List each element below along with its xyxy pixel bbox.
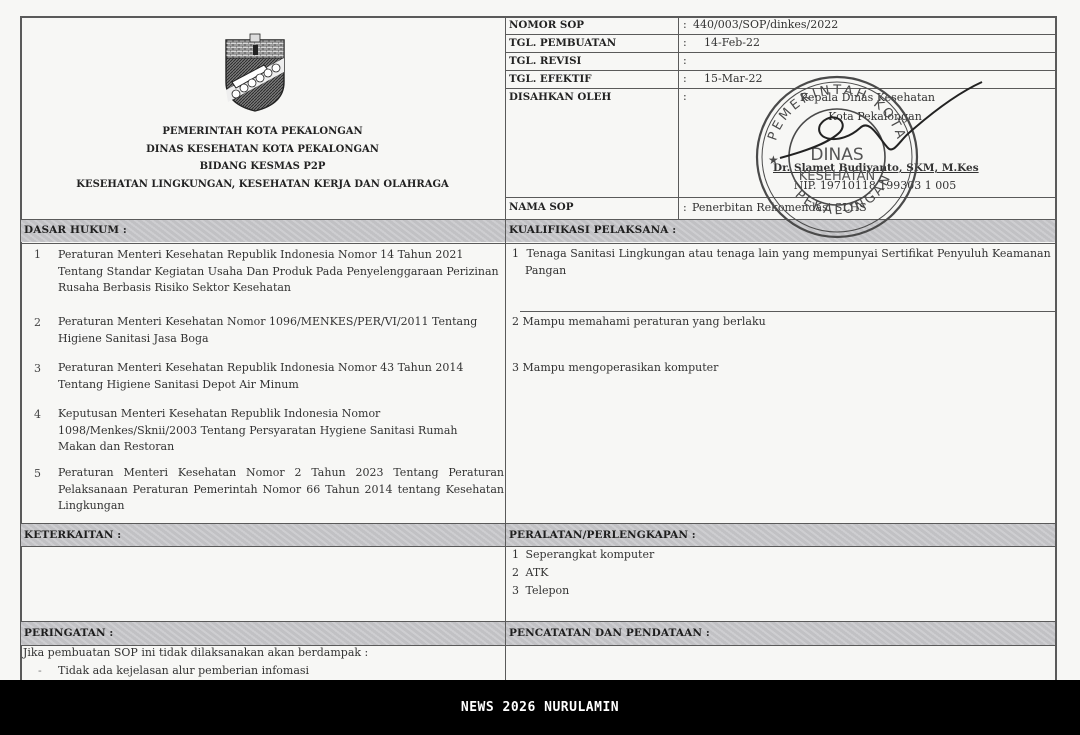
info-label-tgl-pembuatan: TGL. PEMBUATAN xyxy=(509,37,616,49)
info-separator: : xyxy=(683,18,687,31)
peringatan-bullet: Tidak ada kejelasan alur pemberian infom… xyxy=(58,663,309,680)
kualifikasi-item-separator xyxy=(520,311,1056,312)
kualifikasi-item: 3 Mampu mengoperasikan komputer xyxy=(512,360,718,377)
item-text: Mampu mengoperasikan komputer xyxy=(523,361,719,374)
dasar-hukum-item: Peraturan Menteri Kesehatan Republik Ind… xyxy=(58,247,504,297)
org-line-3: BIDANG KESMAS P2P xyxy=(20,161,505,172)
dasar-hukum-item: Keputusan Menteri Kesehatan Republik Ind… xyxy=(58,406,504,456)
info-separator: : xyxy=(683,90,687,103)
band-border xyxy=(20,243,1057,244)
band-border xyxy=(20,621,1057,622)
section-header-dasar-hukum: DASAR HUKUM : xyxy=(21,219,505,242)
band-border xyxy=(20,219,1057,220)
peringatan-bullet-mark: - xyxy=(38,663,42,680)
kualifikasi-item: 2 Mampu memahami peraturan yang berlaku xyxy=(512,314,766,331)
dasar-hukum-num: 4 xyxy=(34,408,41,421)
line: Pelaksanaan Peraturan Pemerintah Nomor 6… xyxy=(58,482,504,499)
item-num: 3 xyxy=(512,361,519,374)
info-row-line xyxy=(505,197,1056,198)
item-num: 3 xyxy=(512,584,519,597)
line: Peraturan Menteri Kesehatan Nomor 2 Tahu… xyxy=(58,465,504,482)
org-line-4: KESEHATAN LINGKUNGAN, KESEHATAN KERJA DA… xyxy=(20,179,505,190)
section-header-peralatan: PERALATAN/PERLENGKAPAN : xyxy=(506,524,1055,547)
info-label-tgl-efektif: TGL. EFEKTIF xyxy=(509,73,592,85)
info-label-nama-sop: NAMA SOP xyxy=(509,201,574,213)
item-text: ATK xyxy=(526,566,549,579)
section-header-peringatan: PERINGATAN : xyxy=(21,622,505,645)
peralatan-item: 2 ATK xyxy=(512,565,548,582)
line: Lingkungan xyxy=(58,498,504,515)
signature-icon xyxy=(770,80,985,170)
dasar-hukum-item: Peraturan Menteri Kesehatan Nomor 1096/M… xyxy=(58,314,504,347)
line: Keputusan Menteri Kesehatan Republik Ind… xyxy=(58,406,504,423)
dasar-hukum-num: 2 xyxy=(34,316,41,329)
item-text: Pangan xyxy=(525,264,566,277)
line: Peraturan Menteri Kesehatan Republik Ind… xyxy=(58,247,504,264)
item-text: Seperangkat komputer xyxy=(526,548,655,561)
kota-pekalongan-crest-icon xyxy=(224,32,286,112)
info-label-disahkan-oleh: DISAHKAN OLEH xyxy=(509,91,611,103)
item-text: Telepon xyxy=(526,584,570,597)
table-left-border xyxy=(20,16,22,680)
section-header-kualifikasi: KUALIFIKASI PELAKSANA : xyxy=(506,219,1055,242)
dasar-hukum-num: 5 xyxy=(34,467,41,480)
watermark-banner: NEWS 2026 NURULAMIN xyxy=(0,680,1080,735)
band-border xyxy=(20,523,1057,524)
table-top-border xyxy=(20,16,1057,18)
item-num: 2 xyxy=(512,566,519,579)
info-separator: : xyxy=(683,72,687,85)
org-line-2: DINAS KESEHATAN KOTA PEKALONGAN xyxy=(20,144,505,155)
dasar-hukum-num: 3 xyxy=(34,362,41,375)
table-right-border xyxy=(1055,16,1057,680)
line: Peraturan Menteri Kesehatan Nomor 1096/M… xyxy=(58,314,504,331)
peringatan-intro: Jika pembuatan SOP ini tidak dilaksanaka… xyxy=(23,645,368,662)
info-row-line xyxy=(505,70,1056,71)
item-num: 1 xyxy=(512,247,519,260)
sop-document-page: DASAR HUKUM : KUALIFIKASI PELAKSANA : KE… xyxy=(0,0,1080,680)
approver-nip: NIP. 19710118 199303 1 005 xyxy=(790,179,960,192)
info-separator: : xyxy=(683,36,687,49)
line: Tentang Standar Kegiatan Usaha Dan Produ… xyxy=(58,264,504,281)
section-title: PENCATATAN DAN PENDATAAN : xyxy=(509,627,710,639)
section-title: KUALIFIKASI PELAKSANA : xyxy=(509,224,676,236)
org-line-1: PEMERINTAH KOTA PEKALONGAN xyxy=(20,126,505,137)
info-label-tgl-revisi: TGL. REVISI xyxy=(509,55,581,67)
info-separator: : xyxy=(683,201,687,214)
dasar-hukum-item: Peraturan Menteri Kesehatan Republik Ind… xyxy=(58,360,504,393)
section-title: KETERKAITAN : xyxy=(24,529,121,541)
peralatan-item: 3 Telepon xyxy=(512,583,569,600)
info-value-tgl-efektif: 15-Mar-22 xyxy=(704,72,763,85)
dasar-hukum-num: 1 xyxy=(34,248,41,261)
kualifikasi-item: 1 Tenaga Sanitasi Lingkungan atau tenaga… xyxy=(512,246,1051,279)
info-value-nomor-sop: 440/003/SOP/dinkes/2022 xyxy=(693,18,838,31)
item-text: Mampu memahami peraturan yang berlaku xyxy=(523,315,766,328)
info-label-nomor-sop: NOMOR SOP xyxy=(509,19,584,31)
section-header-keterkaitan: KETERKAITAN : xyxy=(21,524,505,547)
line: Peraturan Menteri Kesehatan Republik Ind… xyxy=(58,360,504,377)
line: Tentang Higiene Sanitasi Depot Air Minum xyxy=(58,377,504,394)
info-row-line xyxy=(505,52,1056,53)
section-title: PERALATAN/PERLENGKAPAN : xyxy=(509,529,696,541)
peralatan-item: 1 Seperangkat komputer xyxy=(512,547,654,564)
dasar-hukum-item: Peraturan Menteri Kesehatan Nomor 2 Tahu… xyxy=(58,465,504,515)
table-center-divider xyxy=(505,16,506,680)
item-num: 2 xyxy=(512,315,519,328)
info-value-tgl-pembuatan: 14-Feb-22 xyxy=(704,36,760,49)
section-title: PERINGATAN : xyxy=(24,627,113,639)
line: Makan dan Restoran xyxy=(58,439,504,456)
info-separator: : xyxy=(683,54,687,67)
line: Rusaha Berbasis Risiko Sektor Kesehatan xyxy=(58,280,504,297)
line: 1098/Menkes/Sknii/2003 Tentang Persyarat… xyxy=(58,423,504,440)
line: Higiene Sanitasi Jasa Boga xyxy=(58,331,504,348)
info-row-line xyxy=(505,34,1056,35)
section-header-pencatatan: PENCATATAN DAN PENDATAAN : xyxy=(506,622,1055,645)
info-label-divider xyxy=(678,16,679,219)
section-title: DASAR HUKUM : xyxy=(24,224,127,236)
info-value-nama-sop: Penerbitan Rekomendasi SLHS xyxy=(692,201,867,214)
watermark-text: NEWS 2026 NURULAMIN xyxy=(461,700,619,715)
item-text: Tenaga Sanitasi Lingkungan atau tenaga l… xyxy=(527,247,1051,260)
item-num: 1 xyxy=(512,548,519,561)
